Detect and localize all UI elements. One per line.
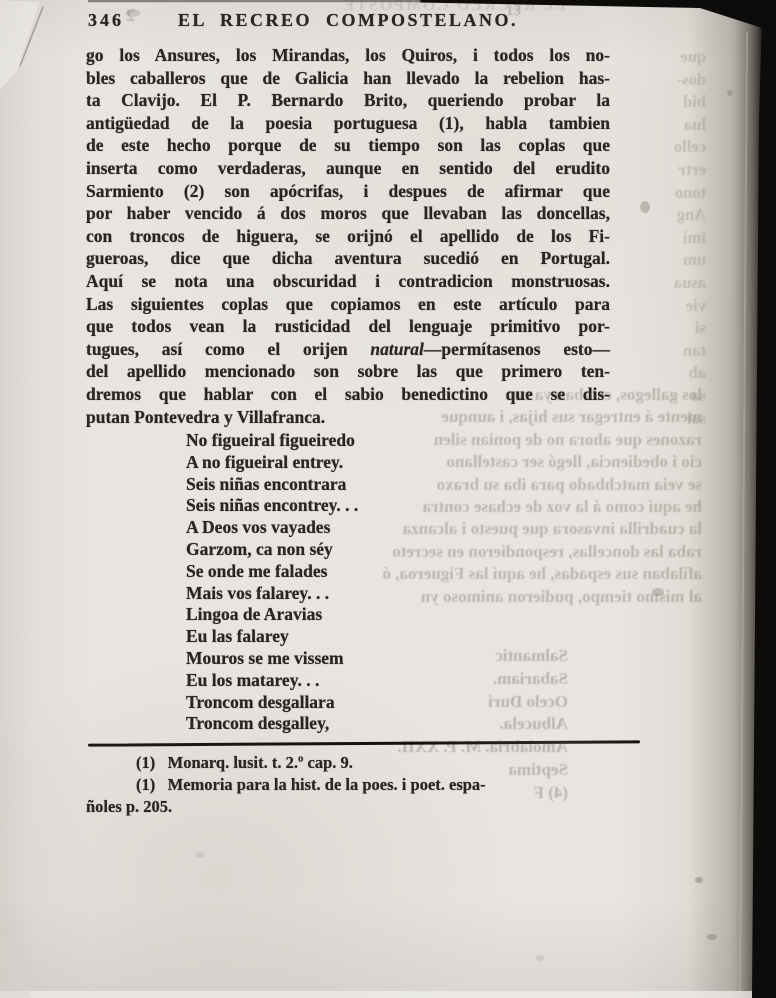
ghost-line: vie xyxy=(610,295,706,318)
text-line: gueroas, dice que dicha aventura sucedió… xyxy=(86,247,610,270)
ghost-line: um xyxy=(610,249,706,272)
poem-line: Mouros se me vissem xyxy=(186,648,610,670)
corner-fold-area xyxy=(0,0,40,90)
ghost-line: Ang xyxy=(610,204,706,227)
text-line: ta Clavijo. El P. Bernardo Brito, querie… xyxy=(86,89,610,112)
footnote-line: (1) Memoria para la hist. de la poes. i … xyxy=(86,774,626,796)
footnotes: (1) Monarq. lusit. t. 2.º cap. 9.(1) Mem… xyxy=(86,752,626,817)
text-segment: —permítasenos esto— xyxy=(424,339,610,359)
ghost-line: que xyxy=(610,46,706,69)
black-edge-right xyxy=(752,12,776,998)
text-line: por haber vencido á dos moros que llevab… xyxy=(86,202,610,225)
page-number: 346 xyxy=(88,10,124,31)
scanned-book-page: quedos-bidluacelloertrtonoAngimiumasuavi… xyxy=(0,0,776,998)
text-line: antigüedad de la poesia portuguesa (1), … xyxy=(86,112,610,135)
text-line: que todos vean la rusticidad del lenguaj… xyxy=(86,315,610,338)
poem-line: Mais vos falarey. . . xyxy=(186,583,610,605)
corner-fold-line xyxy=(20,7,43,66)
text-line: del apellido mencionado son sobre las qu… xyxy=(86,360,610,383)
ghost-line: sol xyxy=(610,408,706,431)
poem-line: A Deos vos vayades xyxy=(186,517,610,539)
text-line: Las siguientes coplas que copiamos en es… xyxy=(86,293,610,316)
poem-line: Seis niñas encontrara xyxy=(186,474,610,496)
black-edge-top-thin xyxy=(88,0,422,2)
poem-line: Se onde me falades xyxy=(186,561,610,583)
gutter-shadow xyxy=(688,0,762,998)
poem-coplas: No figueiral figueiredoA no figueiral en… xyxy=(86,428,610,735)
ghost-line: tan xyxy=(610,340,706,363)
ghost-line: bid xyxy=(610,91,706,114)
text-line: go los Ansures, los Mirandas, los Quiros… xyxy=(86,44,610,67)
footnote-line: ñoles p. 205. xyxy=(86,796,626,818)
text-line: inserta como verdaderas, aunque en senti… xyxy=(86,157,610,180)
poem-line: Troncom desgallara xyxy=(186,692,610,714)
ghost-line: asua xyxy=(610,272,706,295)
poem-line: Eu los matarey. . . xyxy=(186,670,610,692)
article-text: go los Ansures, los Mirandas, los Quiros… xyxy=(86,44,610,735)
text-line: Aquí se nota una obscuridad i contradici… xyxy=(86,270,610,293)
ghost-line: sa xyxy=(610,385,706,408)
paragraph-lines-b: del apellido mencionado son sobre las qu… xyxy=(86,360,610,428)
poem-line: Troncom desgalley, xyxy=(186,713,610,735)
text-line: putan Pontevedra y Villafranca. xyxy=(86,406,610,429)
poem-line: Seis niñas encontrey. . . xyxy=(186,495,610,517)
running-title: EL RECREO COMPOSTELANO. xyxy=(86,8,610,31)
text-line: dremos que hablar con el sabio benedicti… xyxy=(86,383,610,406)
poem-line: A no figueiral entrey. xyxy=(186,452,610,474)
text-line: de este hecho porque de su tiempo son la… xyxy=(86,134,610,157)
ghost-line: ab xyxy=(610,362,706,385)
ghost-line: imi xyxy=(610,227,706,250)
text-line: bles caballeros que de Galicia han lleva… xyxy=(86,67,610,90)
ghost-line: lua xyxy=(610,114,706,137)
italic-word: natural xyxy=(370,339,424,359)
text-line: Sarmiento (2) son apócrifas, i despues d… xyxy=(86,180,610,203)
bleedthrough-margin-column: quedos-bidluacelloertrtonoAngimiumasuavi… xyxy=(610,46,706,430)
ghost-line: tono xyxy=(610,182,706,205)
footnote-line: (1) Monarq. lusit. t. 2.º cap. 9. xyxy=(86,752,626,774)
text-segment: tugues, así como el orijen xyxy=(86,339,370,359)
bottom-edge-light xyxy=(0,991,752,998)
text-line-with-italic: tugues, así como el orijen natural—permí… xyxy=(86,338,610,361)
page-edge-line xyxy=(740,32,747,995)
poem-line: Garzom, ca non séy xyxy=(186,539,610,561)
ghost-line: ertr xyxy=(610,159,706,182)
ghost-line: dos- xyxy=(610,69,706,92)
page-header: 346 EL RECREO COMPOSTELANO. xyxy=(86,8,610,34)
ghost-line: si xyxy=(610,317,706,340)
footnote-separator-rule xyxy=(88,740,640,746)
bottom-left-curl xyxy=(0,928,32,998)
poem-line: Lingoa de Aravias xyxy=(186,604,610,626)
paragraph-lines-a: go los Ansures, los Mirandas, los Quiros… xyxy=(86,44,610,338)
poem-line: No figueiral figueiredo xyxy=(186,430,610,452)
text-line: con troncos de higuera, se orijnó el ape… xyxy=(86,225,610,248)
ghost-line: cello xyxy=(610,136,706,159)
poem-line: Eu las falarey xyxy=(186,626,610,648)
